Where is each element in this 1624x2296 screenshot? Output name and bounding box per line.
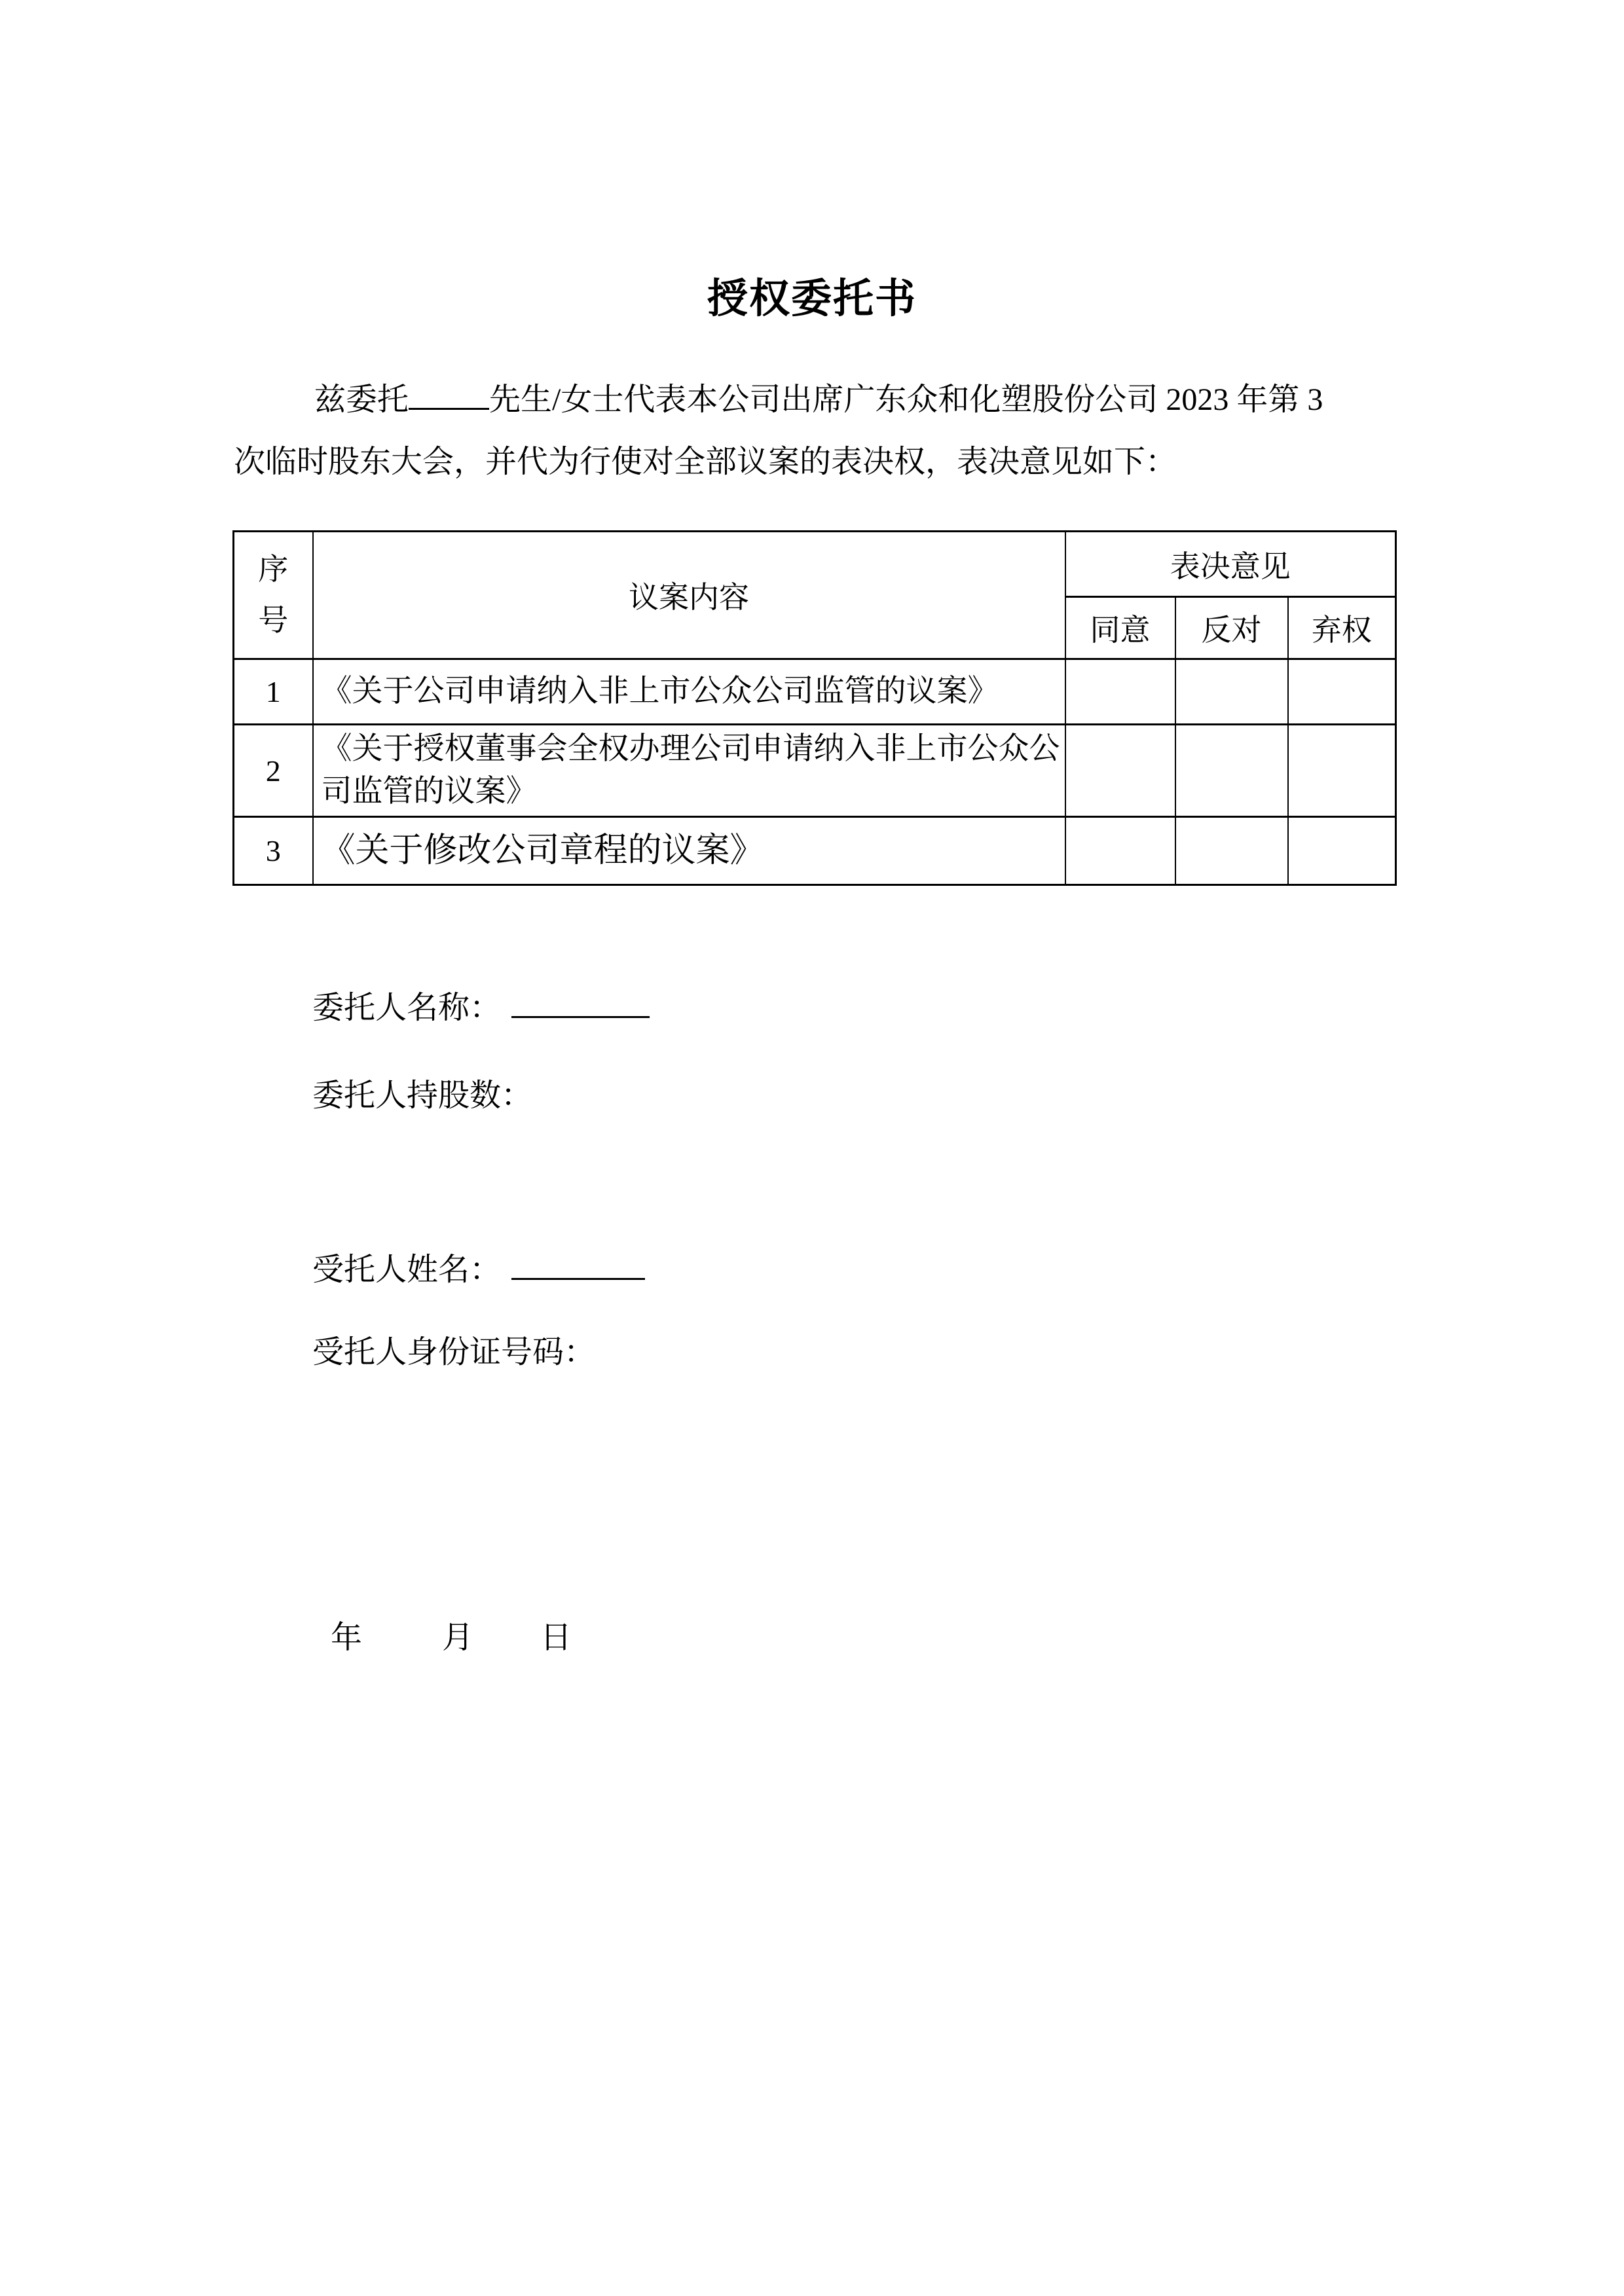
intro-line-1: 兹委托先生/女士代表本公司出席广东众和化塑股份公司 2023 年第 3	[314, 379, 1428, 418]
vote-cell-abstain	[1288, 659, 1396, 725]
header-oppose: 反对	[1175, 597, 1288, 659]
trustee-id-label: 受托人身份证号码：	[312, 1335, 595, 1370]
proposal-cell: 《关于公司申请纳入非上市公众公司监管的议案》	[313, 659, 1065, 725]
header-seq: 序号	[234, 532, 313, 659]
vote-cell-oppose	[1175, 659, 1288, 725]
header-proposal: 议案内容	[313, 532, 1065, 659]
proxy-name-blank-line	[409, 379, 489, 410]
header-vote-opinion: 表决意见	[1065, 532, 1396, 597]
seq-cell: 3	[234, 817, 313, 885]
vote-cell-agree	[1065, 817, 1175, 885]
table-header-row-top: 序号 议案内容 表决意见	[234, 532, 1396, 597]
document-page: 授权委托书 兹委托先生/女士代表本公司出席广东众和化塑股份公司 2023 年第 …	[0, 0, 1624, 2296]
vote-cell-abstain	[1288, 817, 1396, 885]
date-line: 年月日	[331, 1620, 572, 1656]
year-label: 年	[331, 1620, 362, 1655]
vote-cell-oppose	[1175, 817, 1288, 885]
vote-cell-agree	[1065, 725, 1175, 817]
trustee-name-label: 受托人姓名：	[312, 1252, 501, 1287]
intro-before-blank: 兹委托	[314, 382, 409, 417]
intro-after-blank: 先生/女士代表本公司出席广东众和化塑股份公司 2023 年第 3	[489, 382, 1323, 417]
vote-cell-oppose	[1175, 725, 1288, 817]
principal-name-field: 委托人名称：	[312, 987, 650, 1027]
vote-cell-agree	[1065, 659, 1175, 725]
table-row: 1 《关于公司申请纳入非上市公众公司监管的议案》	[234, 659, 1396, 725]
principal-name-label: 委托人名称：	[312, 991, 501, 1025]
header-abstain: 弃权	[1288, 597, 1396, 659]
table-row: 3 《关于修改公司章程的议案》	[234, 817, 1396, 885]
seq-cell: 1	[234, 659, 313, 725]
principal-name-blank-line	[511, 987, 650, 1018]
proposal-cell: 《关于修改公司章程的议案》	[313, 817, 1065, 885]
table-row: 2 《关于授权董事会全权办理公司申请纳入非上市公众公司监管的议案》	[234, 725, 1396, 817]
principal-shares-label: 委托人持股数：	[312, 1078, 532, 1113]
trustee-id-field: 受托人身份证号码：	[312, 1334, 595, 1371]
month-label: 月	[442, 1620, 473, 1655]
trustee-name-blank-line	[511, 1249, 645, 1280]
vote-cell-abstain	[1288, 725, 1396, 817]
intro-line-2: 次临时股东大会，并代为行使对全部议案的表决权，表决意见如下：	[234, 444, 1412, 481]
proposal-cell: 《关于授权董事会全权办理公司申请纳入非上市公众公司监管的议案》	[313, 725, 1065, 817]
page-title: 授权委托书	[0, 276, 1624, 322]
trustee-name-field: 受托人姓名：	[312, 1249, 645, 1288]
principal-shares-field: 委托人持股数：	[312, 1078, 532, 1114]
header-agree: 同意	[1065, 597, 1175, 659]
day-label: 日	[540, 1620, 572, 1655]
seq-cell: 2	[234, 725, 313, 817]
proposal-vote-table: 序号 议案内容 表决意见 同意 反对 弃权 1 《关于公司申请纳入非上市公众公司…	[232, 530, 1397, 886]
